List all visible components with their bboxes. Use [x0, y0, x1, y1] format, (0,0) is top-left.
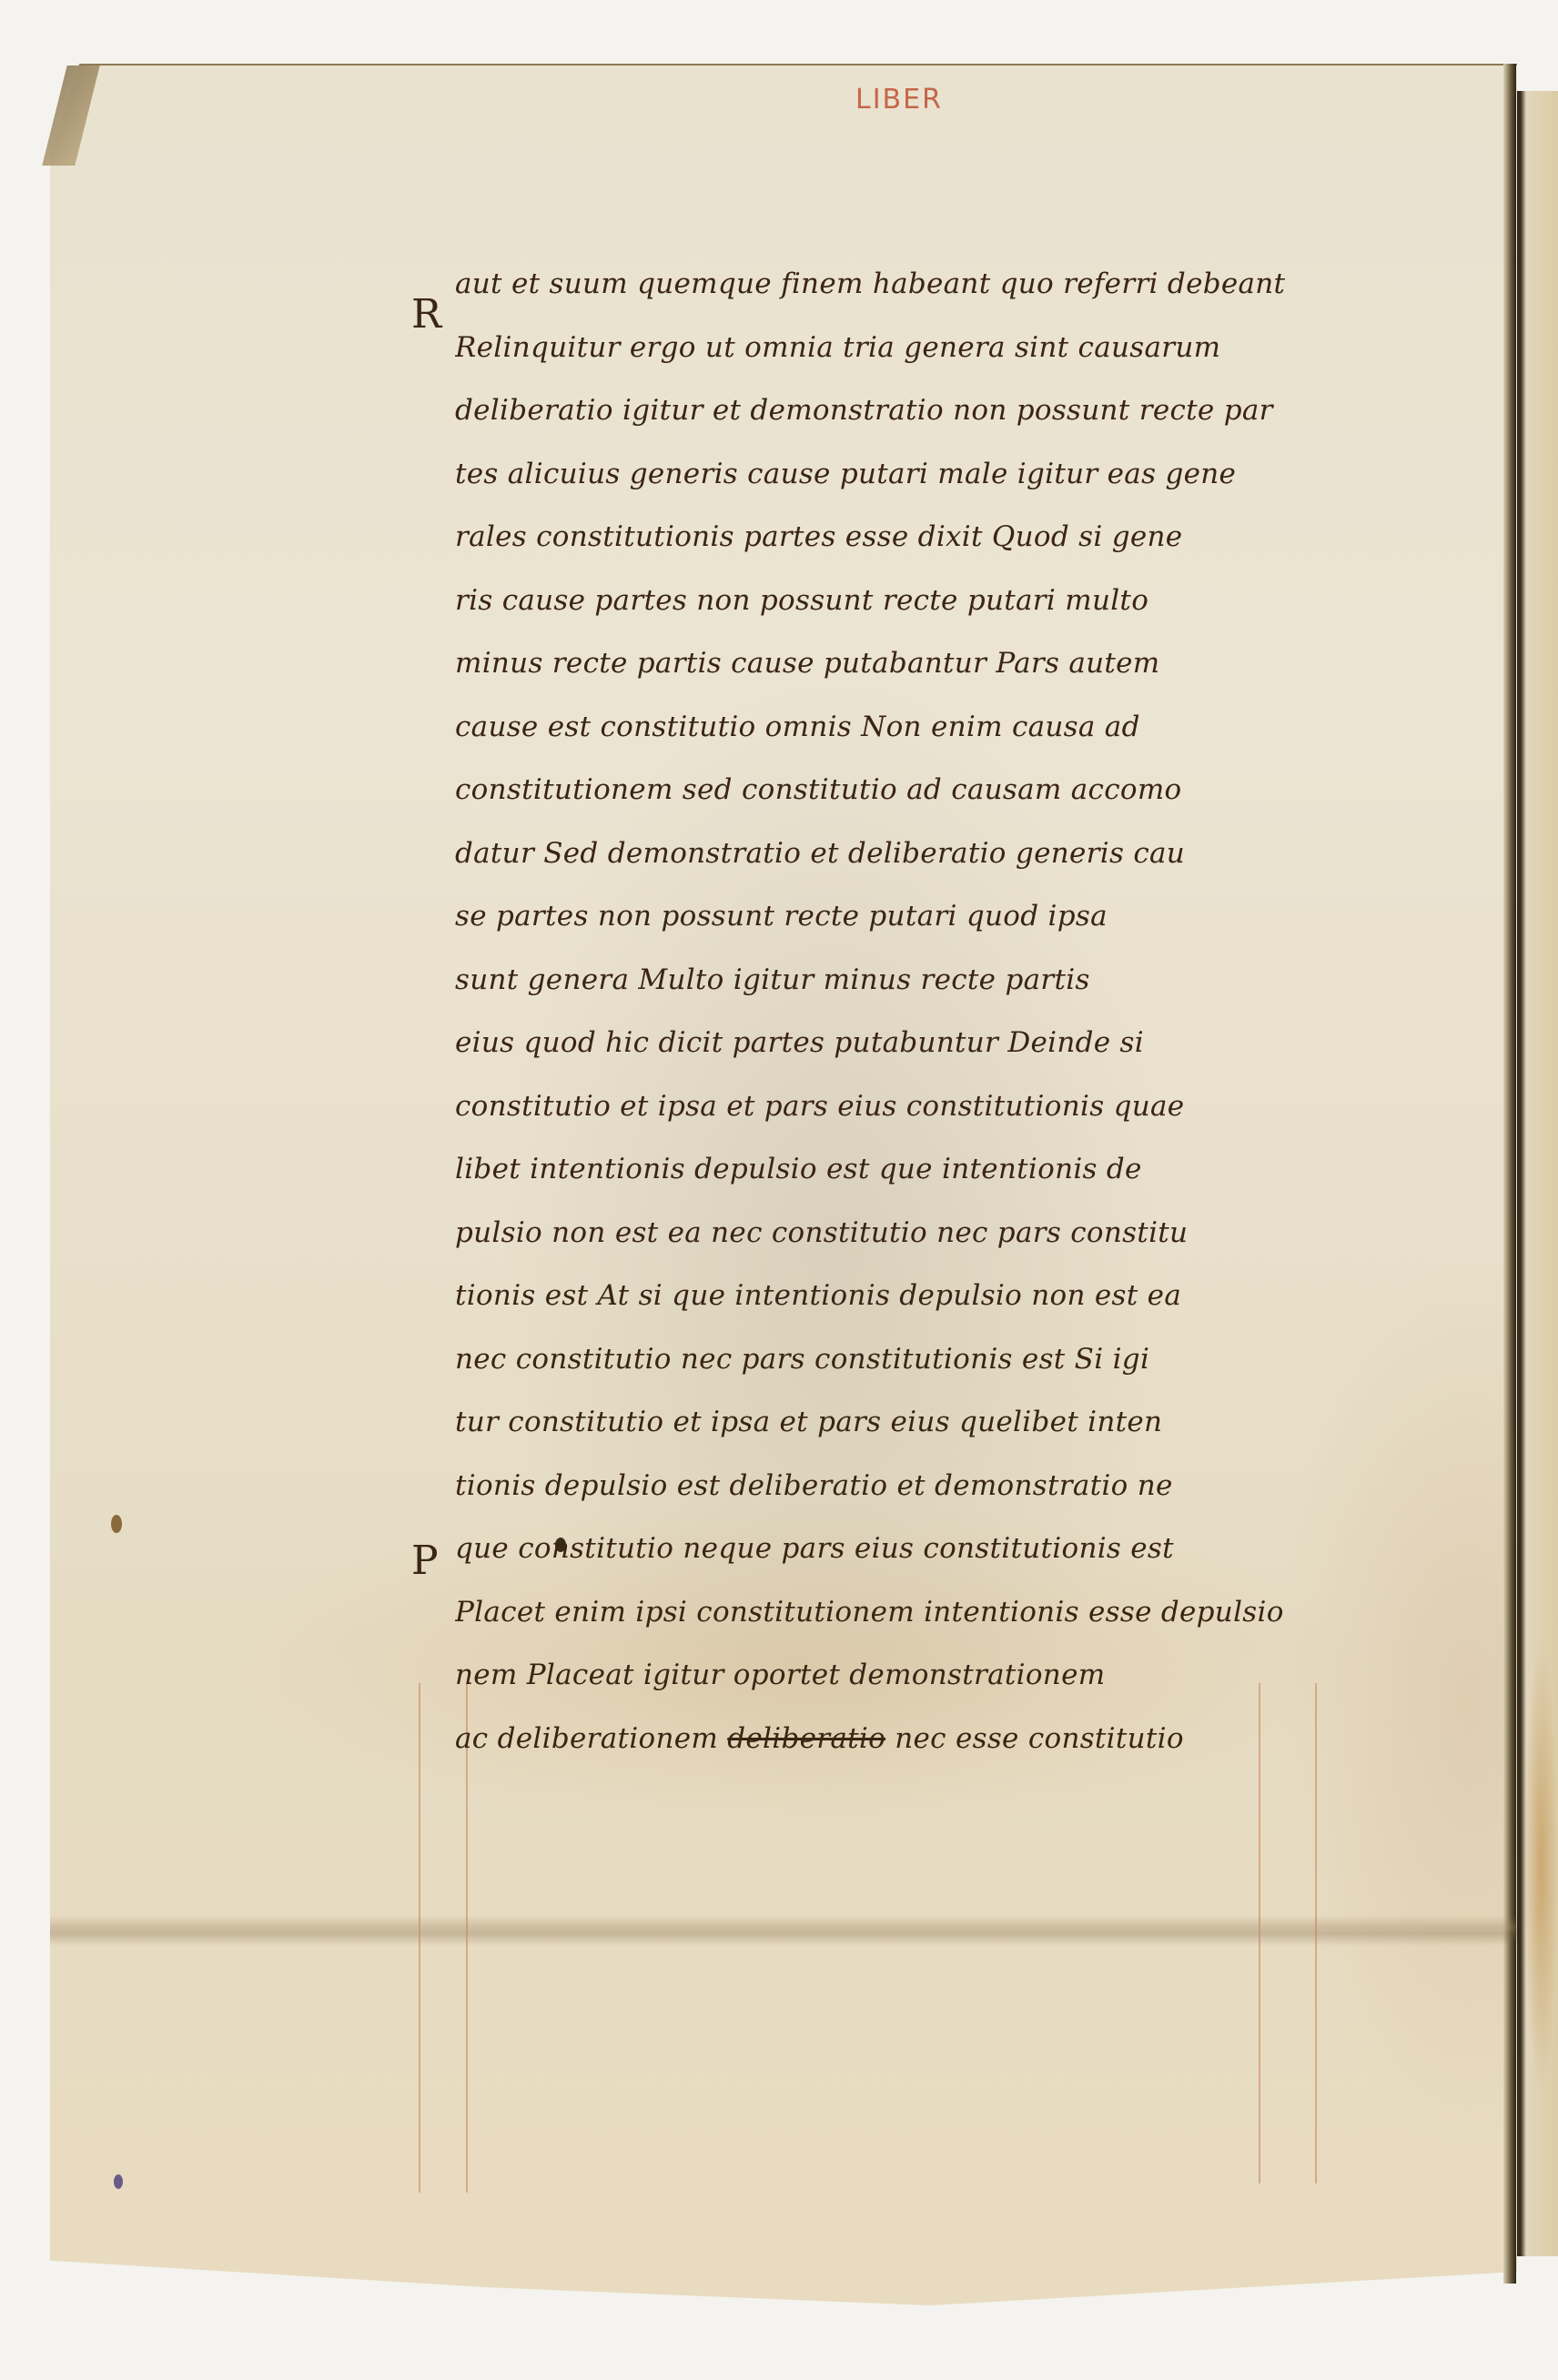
text-line: tur constitutio et ipsa et pars eius que… [455, 1395, 1301, 1458]
text-line: Placet enim ipsi constitutionem intentio… [455, 1585, 1301, 1649]
text-line: cause est constitutio omnis Non enim cau… [455, 700, 1301, 763]
text-line: tionis est At si que intentionis depulsi… [455, 1268, 1301, 1332]
next-leaf-edge [1515, 91, 1558, 2256]
text-line: deliberatio igitur et demonstratio non p… [455, 383, 1301, 447]
struck-word: deliberatio [727, 1722, 885, 1755]
text-line: eius quod hic dicit partes putabuntur De… [455, 1015, 1301, 1079]
purple-ink-spot [114, 2174, 123, 2189]
text-line: nec constitutio nec pars constitutionis … [455, 1332, 1301, 1396]
text-line: pulsio non est ea nec constitutio nec pa… [455, 1205, 1301, 1269]
final-line-start: ac deliberationem [455, 1722, 727, 1755]
final-line-end: nec esse constitutio [885, 1722, 1184, 1755]
text-line-final: ac deliberationem deliberatio nec esse c… [455, 1711, 1301, 1775]
text-line: aut et suum quemque finem habeant quo re… [455, 257, 1301, 320]
text-line: tionis depulsio est deliberatio et demon… [455, 1458, 1301, 1522]
text-line: libet intentionis depulsio est que inten… [455, 1142, 1301, 1205]
text-block: aut et suum quemque finem habeant quo re… [455, 257, 1301, 1774]
running-head: LIBER [855, 84, 943, 116]
margin-letter-r: R [411, 291, 441, 338]
margin-letter-p: P [411, 1538, 439, 1584]
text-line: tes alicuius generis cause putari male i… [455, 447, 1301, 510]
ruling-line-left-outer [419, 1683, 420, 2193]
text-line: constitutio et ipsa et pars eius constit… [455, 1079, 1301, 1143]
ruling-line-right-outer [1315, 1683, 1317, 2183]
text-line: que constitutio neque pars eius constitu… [455, 1521, 1301, 1585]
text-line: ris cause partes non possunt recte putar… [455, 573, 1301, 637]
text-line: minus recte partis cause putabantur Pars… [455, 636, 1301, 700]
text-line: datur Sed demonstratio et deliberatio ge… [455, 826, 1301, 890]
text-line: sunt genera Multo igitur minus recte par… [455, 953, 1301, 1016]
text-line: rales constitutionis partes esse dixit Q… [455, 509, 1301, 573]
page-right-edge [1503, 64, 1516, 2284]
text-line: se partes non possunt recte putari quod … [455, 889, 1301, 953]
text-line: Relinquitur ergo ut omnia tria genera si… [455, 320, 1301, 384]
text-line: constitutionem sed constitutio ad causam… [455, 762, 1301, 826]
horizontal-fold-crease [50, 1915, 1517, 1946]
text-line: nem Placeat igitur oportet demonstration… [455, 1648, 1301, 1711]
ink-blot [111, 1515, 122, 1533]
